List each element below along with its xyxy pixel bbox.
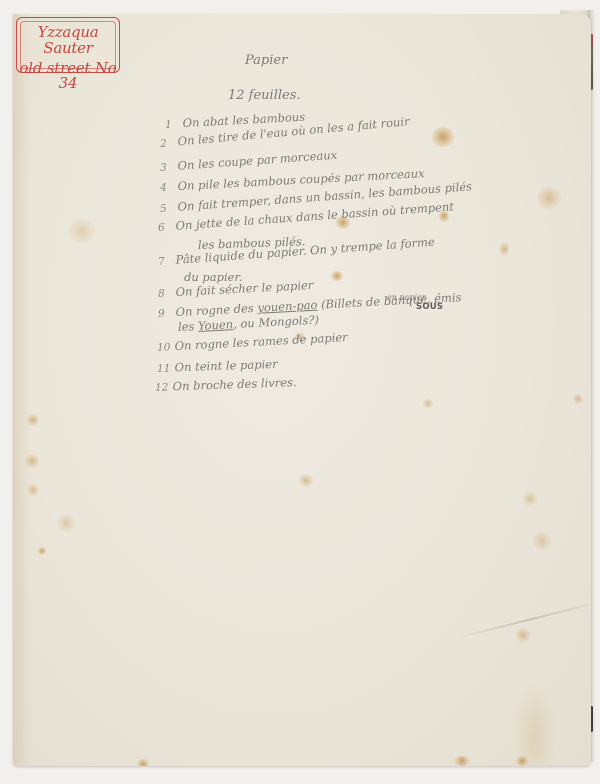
foxing-spot — [137, 759, 149, 766]
step-number: 4 — [160, 181, 175, 194]
continuation-before: les — [178, 319, 195, 334]
stamp-name: Yzzaqua Sauter — [17, 25, 119, 57]
step-number: 3 — [160, 161, 175, 174]
step-number: 1 — [165, 118, 180, 131]
stamp-address: old street No 34 — [17, 61, 119, 93]
step-number: 5 — [160, 202, 175, 215]
continuation-term-youen: Youen — [198, 317, 234, 333]
foxing-spot — [537, 187, 561, 209]
foxing-spot — [573, 394, 583, 404]
foxing-spot — [27, 484, 39, 496]
foxing-spot — [299, 474, 313, 487]
foxing-spot — [454, 756, 470, 766]
foxing-spot — [331, 271, 343, 281]
step-number: 11 — [157, 363, 171, 375]
step-number: 7 — [158, 255, 173, 268]
foxing-spot — [500, 242, 509, 256]
foxing-spot — [533, 532, 551, 550]
foxing-spot — [432, 127, 454, 147]
stationer-stamp: Yzzaqua Sauter old street No 34 — [16, 17, 120, 73]
foxing-spot — [57, 514, 75, 532]
foxing-spot — [27, 414, 39, 426]
page-title: Papier — [245, 53, 287, 68]
foxing-spot — [516, 628, 530, 642]
page-subtitle: 12 feuilles. — [228, 88, 301, 103]
foxing-spot — [69, 219, 95, 243]
step-number: 2 — [160, 137, 175, 150]
foxing-spot — [38, 547, 46, 555]
foxing-spot — [25, 454, 39, 468]
water-stain — [513, 682, 557, 766]
step-number: 6 — [158, 221, 173, 234]
foxing-spot — [523, 492, 537, 506]
step-number: 8 — [158, 287, 173, 300]
foxing-spot — [516, 756, 528, 766]
foxing-spot — [423, 399, 433, 408]
scanned-manuscript-page: Yzzaqua Sauter old street No 34 Papier 1… — [0, 0, 600, 784]
step-number: 10 — [157, 341, 172, 354]
step-number: 9 — [158, 307, 173, 320]
step-number: 12 — [155, 382, 169, 394]
